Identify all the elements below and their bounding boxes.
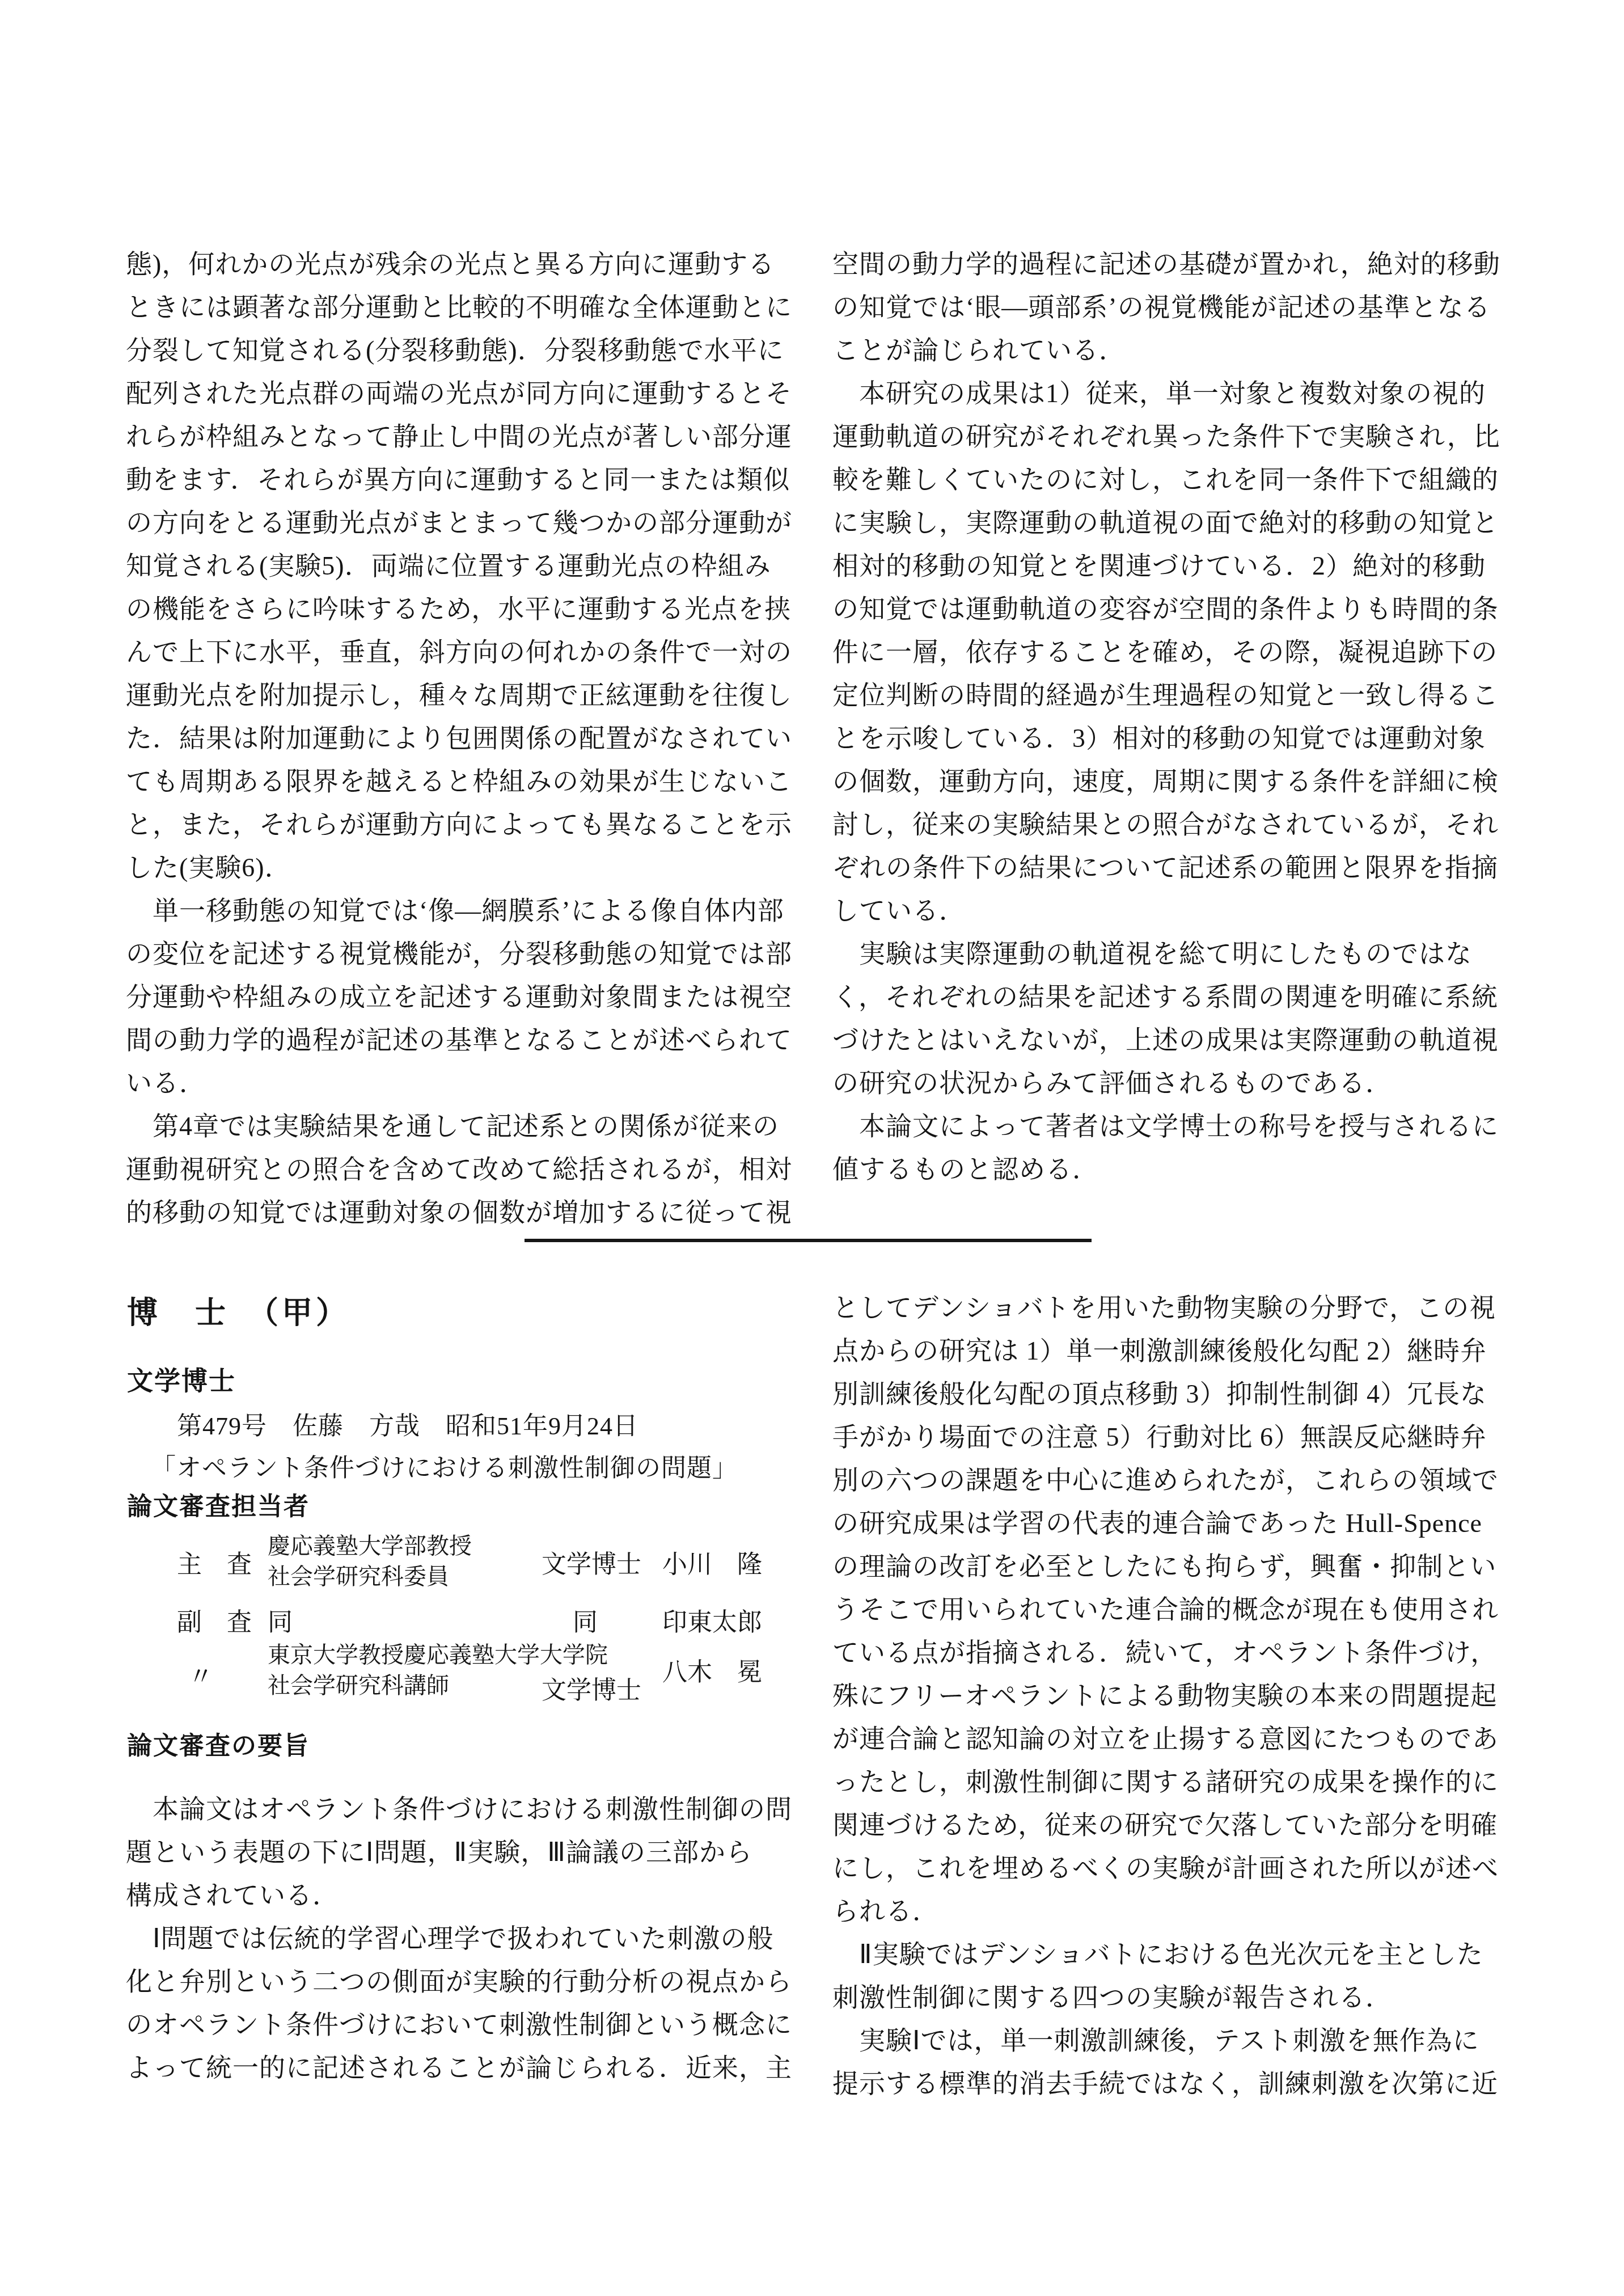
text-line: 分運動や枠組みの成立を記述する運動対象間または視空 (126, 976, 795, 1019)
committee-heading: 論文審査担当者 (127, 1486, 310, 1522)
thesis-entry-line: 第479号 佐藤 方哉 昭和51年9月24日 (177, 1406, 638, 1442)
text-line: 刺激性制御に関する四つの実験が報告される． (832, 1976, 1507, 2019)
summary-left-column: 本論文はオペラント条件づけにおける刺激性制御の問題という表題の下にⅠ問題，Ⅱ実験… (126, 1788, 795, 2090)
text-line: 定位判断の時間的経過が生理過程の知覚と一致し得るこ (832, 674, 1507, 717)
text-line: うそこで用いられていた連合論的概念が現在も使用され (832, 1588, 1507, 1631)
text-line: 運動軌道の研究がそれぞれ異った条件下で実験され，比 (832, 415, 1507, 458)
summary-right-column: としてデンショバトを用いた動物実験の分野で，この視点からの研究は 1）単一刺激訓… (832, 1286, 1507, 2105)
text-line: 殊にフリーオペラントによる動物実験の本来の問題提起 (832, 1674, 1507, 1717)
text-line: 本論文によって著者は文学博士の称号を授与されるに (832, 1105, 1507, 1148)
text-line: 単一移動態の知覚では‘像―網膜系’による像自体内部 (126, 889, 795, 932)
text-line: 実験Ⅰでは，単一刺激訓練後，テスト刺激を無作為に (832, 2019, 1507, 2062)
text-line: く，それぞれの結果を記述する系間の関連を明確に系統 (832, 976, 1507, 1019)
text-line: 値するものと認める． (832, 1148, 1507, 1191)
text-line: 運動光点を附加提示し，種々な周期で正絃運動を往復し (126, 674, 795, 717)
degree-heading: 博 士 （甲） (127, 1289, 350, 1332)
text-line: 間の動力学的過程が記述の基準となることが述べられて (126, 1019, 795, 1062)
committee-role: 副 査 (177, 1602, 252, 1638)
text-line: 態)，何れかの光点が残余の光点と異る方向に運動する (126, 243, 795, 286)
text-line: の個数，運動方向，速度，周期に関する条件を詳細に検 (832, 760, 1507, 803)
committee-affiliation-line: 社会学研究科講師 (268, 1671, 449, 1700)
document-page: 態)，何れかの光点が残余の光点と異る方向に運動するときには顕著な部分運動と比較的… (0, 0, 1624, 2296)
text-line: 手がかり場面での注意 5）行動対比 6）無誤反応継時弁 (832, 1416, 1507, 1459)
committee-affiliation-line: 慶応義塾大学部教授 (268, 1531, 472, 1561)
text-line: ときには顕著な部分運動と比較的不明確な全体運動とに (126, 286, 795, 329)
section-divider-rule (525, 1239, 1092, 1242)
text-line: 関連づけるため，従来の研究で欠落していた部分を明確 (832, 1804, 1507, 1847)
text-line: 件に一層，依存することを確め，その際，凝視追跡下の (832, 631, 1507, 674)
text-line: よって統一的に記述されることが論じられる．近来，主 (126, 2046, 795, 2090)
text-line: 点からの研究は 1）単一刺激訓練後般化勾配 2）継時弁 (832, 1330, 1507, 1373)
text-line: 構成されている． (126, 1874, 795, 1917)
text-line: に実験し，実際運動の軌道視の面で絶対的移動の知覚と (832, 501, 1507, 545)
text-line: の変位を記述する視覚機能が，分裂移動態の知覚では部 (126, 932, 795, 976)
text-line: られる． (832, 1890, 1507, 1933)
text-line: 運動視研究との照合を含めて改めて総括されるが，相対 (126, 1148, 795, 1191)
text-line: んで上下に水平，垂直，斜方向の何れかの条件で一対の (126, 631, 795, 674)
text-line: のオペラント条件づけにおいて刺激性制御という概念に (126, 2003, 795, 2046)
text-line: 実験は実際運動の軌道視を総て明にしたものではな (832, 932, 1507, 976)
committee-role: 主 査 (177, 1544, 252, 1580)
committee-name: 小川 隆 (662, 1544, 762, 1580)
degree-type-label: 文学博士 (127, 1360, 236, 1398)
text-line: 討し，従来の実験結果との照合がなされているが，それ (832, 803, 1507, 846)
text-line: いる． (126, 1062, 795, 1105)
text-line: ったとし，刺激性制御に関する諸研究の成果を操作的に (832, 1761, 1507, 1804)
text-line: している． (832, 889, 1507, 932)
text-line: 題という表題の下にⅠ問題，Ⅱ実験，Ⅲ論議の三部から (126, 1831, 795, 1874)
committee-name: 八木 冕 (662, 1652, 762, 1688)
committee-degree: 同 (573, 1602, 598, 1638)
text-line: 本研究の成果は1）従来，単一対象と複数対象の視的 (832, 372, 1507, 415)
text-line: の知覚では‘眼―頭部系’の視覚機能が記述の基準となる (832, 286, 1507, 329)
text-line: の理論の改訂を必至としたにも拘らず，興奮・抑制とい (832, 1545, 1507, 1588)
text-line: づけたとはいえないが，上述の成果は実際運動の軌道視 (832, 1019, 1507, 1062)
text-line: の機能をさらに吟味するため，水平に運動する光点を挟 (126, 588, 795, 631)
text-line: ことが論じられている． (832, 329, 1507, 372)
committee-degree: 文学博士 (542, 1670, 641, 1706)
text-line: 空間の動力学的過程に記述の基礎が置かれ，絶対的移動 (832, 243, 1507, 286)
text-line: 動をます．それらが異方向に運動すると同一または類似 (126, 458, 795, 501)
text-line: ても周期ある限界を越えると枠組みの効果が生じないこ (126, 760, 795, 803)
text-line: 配列された光点群の両端の光点が同方向に運動するとそ (126, 372, 795, 415)
text-line: 相対的移動の知覚とを関連づけている．2）絶対的移動 (832, 545, 1507, 588)
committee-affiliation-line: 同 (268, 1602, 293, 1638)
text-line: 知覚される(実験5)．両端に位置する運動光点の枠組み (126, 545, 795, 588)
text-line: としてデンショバトを用いた動物実験の分野で，この視 (832, 1286, 1507, 1330)
text-line: した(実験6)． (126, 846, 795, 889)
text-line: 別の六つの課題を中心に進められたが，これらの領域で (832, 1459, 1507, 1502)
text-line: の研究成果は学習の代表的連合論であった Hull-Spence (832, 1502, 1507, 1545)
text-line: が連合論と認知論の対立を止揚する意図にたつものであ (832, 1717, 1507, 1761)
committee-name: 印東太郎 (662, 1602, 762, 1638)
text-line: ぞれの条件下の結果について記述系の範囲と限界を指摘 (832, 846, 1507, 889)
text-line: 第4章では実験結果を通して記述系との関係が従来の (126, 1105, 795, 1148)
committee-affiliation-line: 東京大学教授慶応義塾大学大学院 (268, 1640, 608, 1670)
text-line: の方向をとる運動光点がまとまって幾つかの部分運動が (126, 501, 795, 545)
text-line: 的移動の知覚では運動対象の個数が増加するに従って視 (126, 1191, 795, 1234)
text-line: 化と弁別という二つの側面が実験的行動分析の視点から (126, 1960, 795, 2003)
top-right-column: 空間の動力学的過程に記述の基礎が置かれ，絶対的移動の知覚では‘眼―頭部系’の視覚… (832, 243, 1507, 1191)
text-line: 本論文はオペラント条件づけにおける刺激性制御の問 (126, 1788, 795, 1831)
text-line: にし，これを埋めるべくの実験が計画された所以が述べ (832, 1847, 1507, 1890)
committee-affiliation-line: 社会学研究科委員 (268, 1562, 449, 1592)
text-line: れらが枠組みとなって静止し中間の光点が著しい部分運 (126, 415, 795, 458)
text-line: Ⅰ問題では伝統的学習心理学で扱われていた刺激の般 (126, 1917, 795, 1960)
text-line: た．結果は附加運動により包囲関係の配置がなされてい (126, 717, 795, 760)
text-line: とを示唆している．3）相対的移動の知覚では運動対象 (832, 717, 1507, 760)
text-line: 較を難しくていたのに対し，これを同一条件下で組織的 (832, 458, 1507, 501)
text-line: ている点が指摘される．続いて，オペラント条件づけ， (832, 1631, 1507, 1674)
text-line: と，また，それらが運動方向によっても異なることを示 (126, 803, 795, 846)
top-left-column: 態)，何れかの光点が残余の光点と異る方向に運動するときには顕著な部分運動と比較的… (126, 243, 795, 1234)
thesis-title: 「オペラント条件づけにおける刺激性制御の問題」 (151, 1447, 738, 1484)
committee-role: 〃 (188, 1656, 213, 1693)
committee-degree: 文学博士 (542, 1544, 641, 1580)
text-line: 別訓練後般化勾配の頂点移動 3）抑制性制御 4）冗長な (832, 1373, 1507, 1416)
text-line: Ⅱ実験ではデンショバトにおける色光次元を主とした (832, 1933, 1507, 1976)
text-line: 分裂して知覚される(分裂移動態)．分裂移動態で水平に (126, 329, 795, 372)
summary-heading: 論文審査の要旨 (127, 1725, 310, 1762)
text-line: 提示する標準的消去手続ではなく，訓練刺激を次第に近 (832, 2062, 1507, 2105)
text-line: の知覚では運動軌道の変容が空間的条件よりも時間的条 (832, 588, 1507, 631)
text-line: の研究の状況からみて評価されるものである． (832, 1062, 1507, 1105)
